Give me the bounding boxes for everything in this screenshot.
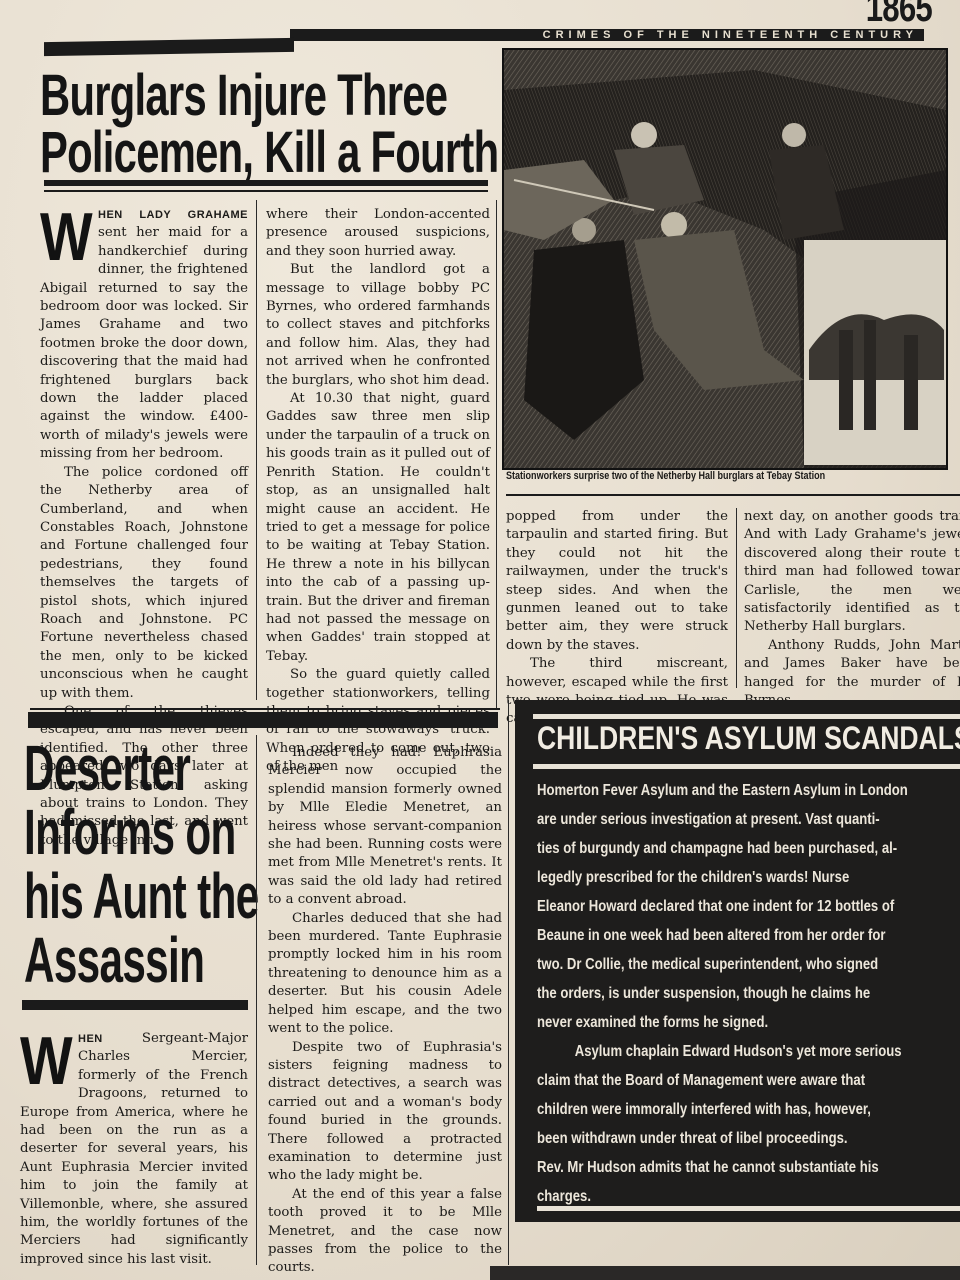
article1-column-3: popped from under the tarpaulin and star…: [506, 508, 728, 729]
article2-headline-line: Deserter: [24, 736, 259, 800]
article2-headline-line: Assassin: [24, 928, 259, 992]
article2-headline-rule: [22, 1000, 248, 1010]
column-divider: [256, 735, 257, 1265]
article2-column-2: Indeed they had! Euphrasia Mercier now o…: [268, 744, 502, 1278]
article1-lead-paragraph: WHEN LADY GRAHAME sent her maid for a ha…: [40, 206, 248, 464]
headline-bottom-rule: [44, 180, 488, 186]
engraving-image: [504, 50, 946, 468]
paragraph: At 10.30 that night, guard Gaddes saw th…: [266, 390, 490, 666]
dropcap: W: [40, 208, 83, 266]
sidebar-box: CHILDREN'S ASYLUM SCANDALS Homerton Feve…: [515, 700, 960, 1222]
article1-headline-line1: Burglars Injure Three: [40, 68, 498, 125]
series-title: CRIMES OF THE NINETEENTH CENTURY: [537, 29, 924, 41]
column-divider: [508, 700, 509, 1265]
headline-top-rule: [44, 38, 294, 56]
article1-headline: Burglars Injure Three Policemen, Kill a …: [40, 68, 498, 182]
paragraph: Despite two of Euphrasia's sisters feign…: [268, 1039, 502, 1186]
article1-column-2: where their London-accented presence aro…: [266, 206, 490, 777]
sidebar-title-top-rule: [533, 714, 960, 719]
article2-headline-line: Informs on: [24, 800, 259, 864]
article1-bottom-rule: [30, 708, 500, 710]
article2-headline-line: his Aunt the: [24, 864, 259, 928]
page-year: 1865: [866, 0, 932, 31]
paragraph: But the landlord got a message to villag…: [266, 261, 490, 390]
sidebar-title: CHILDREN'S ASYLUM SCANDALS: [537, 720, 960, 757]
paragraph: At the end of this year a false tooth pr…: [268, 1186, 502, 1278]
band-bar-left: [290, 29, 537, 41]
article2-column-1: WHEN Sergeant-Major Charles Mercier, for…: [20, 1030, 248, 1269]
paragraph: popped from under the tarpaulin and star…: [506, 508, 728, 655]
illustration-caption: Stationworkers surprise two of the Nethe…: [506, 470, 825, 482]
caption-rule: [506, 494, 960, 496]
article2-headline: Deserter Informs on his Aunt the Assassi…: [24, 736, 259, 992]
series-band: CRIMES OF THE NINETEENTH CENTURY: [290, 28, 924, 42]
column-divider: [256, 200, 257, 700]
paragraph: The police cordoned off the Netherby are…: [40, 464, 248, 703]
column-divider: [736, 508, 737, 688]
paragraph: where their London-accented presence aro…: [266, 206, 490, 261]
article2-top-rule: [28, 712, 498, 728]
dropcap: W: [20, 1032, 63, 1090]
paragraph: Charles deduced that she had been murder…: [268, 910, 502, 1039]
article1-column-4: next day, on another goods train. And wi…: [744, 508, 960, 710]
paragraph: next day, on another goods train. And wi…: [744, 508, 960, 637]
sidebar-bottom-rule: [537, 1206, 960, 1211]
lead-caps: HEN: [78, 1033, 103, 1045]
column-divider: [496, 200, 497, 710]
lead-caps: HEN LADY GRAHAME: [98, 209, 248, 221]
page-bottom-rule: [490, 1266, 960, 1280]
sidebar-title-bottom-rule: [533, 764, 960, 769]
article1-headline-line2: Policemen, Kill a Fourth: [40, 125, 498, 182]
headline-bottom-thin-rule: [44, 190, 488, 192]
article2-lead-paragraph: WHEN Sergeant-Major Charles Mercier, for…: [20, 1030, 248, 1269]
engraving-illustration: [502, 48, 948, 470]
paragraph: Indeed they had! Euphrasia Mercier now o…: [268, 744, 502, 910]
sidebar-body: Homerton Fever Asylum and the Eastern As…: [537, 776, 960, 1211]
